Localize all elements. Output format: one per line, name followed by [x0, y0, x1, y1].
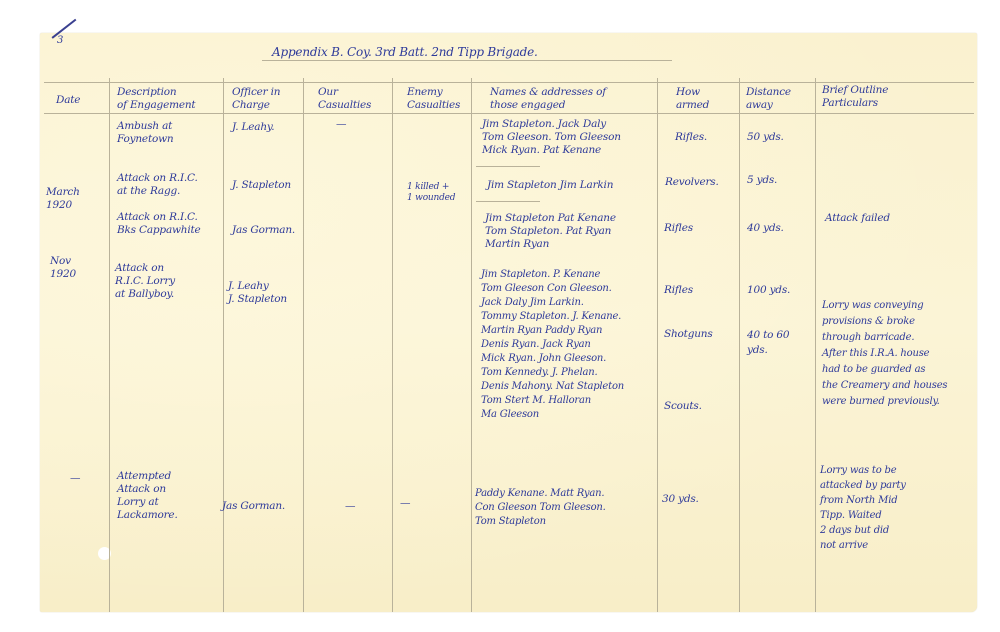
- row3-distance: 40 yds.: [747, 222, 784, 235]
- header-our-casualties: Our Casualties: [318, 86, 371, 112]
- header-top-rule: [44, 82, 974, 83]
- col-divider-3: [303, 78, 304, 612]
- row2-enemy-casualties: 1 killed + 1 wounded: [407, 182, 455, 204]
- row1-distance: 50 yds.: [747, 131, 784, 144]
- row3-particulars: Attack failed: [825, 212, 890, 225]
- row5-our-casualties: —: [345, 500, 355, 513]
- header-bottom-rule: [44, 113, 974, 114]
- col-divider-8: [815, 78, 816, 612]
- row4-names: Jim Stapleton. P. Kenane Tom Gleeson Con…: [481, 268, 624, 422]
- row4-distance: 100 yds. 40 to 60 yds.: [747, 283, 790, 358]
- col-divider-4: [392, 78, 393, 612]
- row3-description: Attack on R.I.C. Bks Cappawhite: [117, 211, 201, 237]
- page-title: Appendix B. Coy. 3rd Batt. 2nd Tipp Brig…: [272, 46, 538, 59]
- header-particulars: Brief Outline Particulars: [822, 84, 888, 110]
- col-divider-5: [471, 78, 472, 612]
- row2-distance: 5 yds.: [747, 174, 777, 187]
- header-armed: How armed: [676, 86, 709, 112]
- col-divider-6: [657, 78, 658, 612]
- row4-officer: J. Leahy J. Stapleton: [228, 280, 287, 306]
- row3-names: Jim Stapleton Pat Kenane Tom Stapleton. …: [485, 212, 616, 251]
- header-distance: Distance away: [746, 86, 791, 112]
- row1-officer: J. Leahy.: [232, 121, 274, 134]
- header-names: Names & addresses of those engaged: [490, 86, 606, 112]
- row2-officer: J. Stapleton: [232, 179, 291, 192]
- names-divider-1: [476, 166, 540, 167]
- row1-description: Ambush at Foynetown: [117, 120, 173, 146]
- header-enemy-casualties: Enemy Casualties: [407, 86, 460, 112]
- row5-officer: Jas Gorman.: [222, 500, 285, 513]
- row4-date: Nov 1920: [50, 255, 76, 281]
- row2-armed: Revolvers.: [665, 176, 719, 189]
- row5-date: —: [70, 472, 80, 485]
- folio-number: 3: [57, 34, 63, 47]
- row2-names: Jim Stapleton Jim Larkin: [487, 179, 613, 192]
- row5-description: Attempted Attack on Lorry at Lackamore.: [117, 470, 178, 522]
- row4-armed: Rifles Shotguns Scouts.: [664, 283, 713, 414]
- col-divider-1: [109, 78, 110, 612]
- row1-names: Jim Stapleton. Jack Daly Tom Gleeson. To…: [482, 118, 621, 157]
- col-divider-2: [223, 78, 224, 612]
- row3-armed: Rifles: [664, 222, 693, 235]
- names-divider-2: [476, 201, 540, 202]
- row5-armed: 30 yds.: [662, 493, 699, 506]
- row3-officer: Jas Gorman.: [232, 224, 295, 237]
- row1-our-casualties: —: [336, 118, 346, 131]
- header-description: Description of Engagement: [117, 86, 195, 112]
- row2-description: Attack on R.I.C. at the Ragg.: [117, 172, 198, 198]
- col-divider-7: [739, 78, 740, 612]
- row5-particulars: Lorry was to be attacked by party from N…: [820, 463, 906, 553]
- row5-enemy-casualties: —: [400, 497, 410, 510]
- row2-date: March 1920: [46, 186, 80, 212]
- row4-particulars: Lorry was conveying provisions & broke t…: [822, 298, 947, 410]
- row4-description: Attack on R.I.C. Lorry at Ballyboy.: [115, 262, 175, 301]
- row1-armed: Rifles.: [675, 131, 707, 144]
- header-date: Date: [56, 94, 80, 107]
- title-underline: [262, 60, 672, 61]
- row5-names: Paddy Kenane. Matt Ryan. Con Gleeson Tom…: [475, 487, 606, 529]
- header-officer: Officer in Charge: [232, 86, 280, 112]
